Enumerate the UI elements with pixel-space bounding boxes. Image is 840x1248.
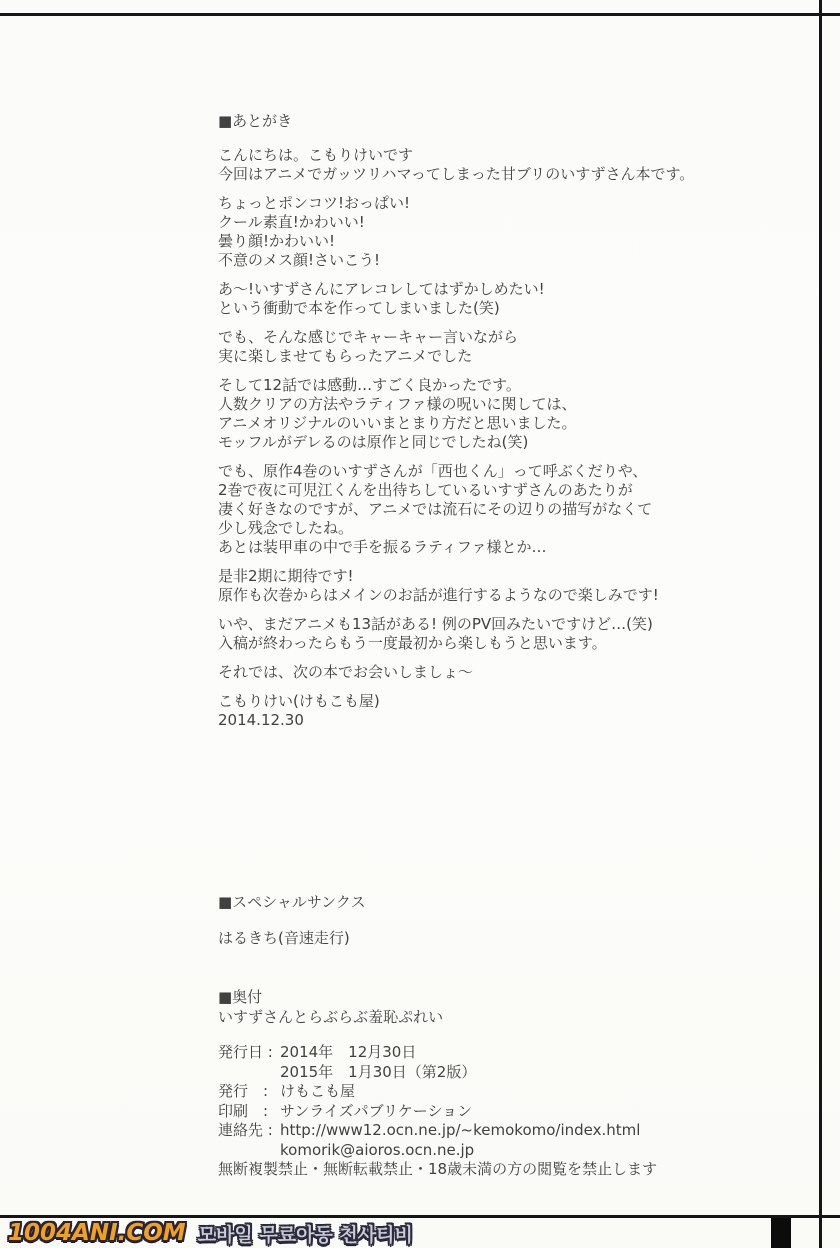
afterword-paragraph-farewell: それでは、次の本でお会いしましょ〜 <box>218 663 808 682</box>
afterword-section: ■あとがき こんにちは。こもりけいです 今回はアニメでガッツリハマってしまった甘… <box>218 112 808 740</box>
copyright-notice: 無断複製禁止・無断転載禁止・18歳未満の方の閲覧を禁止します <box>218 1160 808 1180</box>
afterword-heading: ■あとがき <box>218 112 808 131</box>
special-thanks-heading: ■スペシャルサンクス <box>218 893 808 912</box>
special-thanks-section: ■スペシャルサンクス はるきち(音速走行) <box>218 893 808 948</box>
colophon-section: ■奥付 いすずさんとらぶらぶ羞恥ぷれい 発行日 : 2014年 12月30日 2… <box>218 988 808 1195</box>
book-title: いすずさんとらぶらぶ羞恥ぷれい <box>218 1008 808 1028</box>
special-thanks-name: はるきち(音速走行) <box>218 929 808 948</box>
page-number-box <box>771 1218 791 1248</box>
afterword-paragraph-impulse: あ〜!いすずさんにアレコレしてはずかしめたい! という衝動で本を作ってしまいまし… <box>218 280 808 318</box>
scan-frame-top-line <box>0 13 840 16</box>
colophon-label <box>218 1141 280 1161</box>
colophon-label <box>218 1063 280 1083</box>
colophon-value: 2015年 1月30日（第2版） <box>280 1063 808 1083</box>
colophon-row-printer: 印刷 : サンライズパブリケーション <box>218 1102 808 1122</box>
watermark-site-logo: 1004ANI.COM <box>8 1220 186 1246</box>
afterword-paragraph-greeting: こんにちは。こもりけいです 今回はアニメでガッツリハマってしまった甘ブリのいすず… <box>218 146 808 184</box>
author-signature: こもりけい(けもこも屋) 2014.12.30 <box>218 692 808 730</box>
afterword-paragraph-exclamations: ちょっとポンコツ!おっぱい! クール素直!かわいい! 曇り顔!かわいい! 不意の… <box>218 194 808 270</box>
colophon-value: サンライズパブリケーション <box>280 1102 808 1122</box>
colophon-value: 2014年 12月30日 <box>280 1043 808 1063</box>
afterword-paragraph-enjoyed-anime: でも、そんな感じでキャーキャー言いながら 実に楽しませてもらったアニメでした <box>218 328 808 366</box>
scan-frame-right-line <box>819 0 822 1248</box>
colophon-row-second-edition-date: 2015年 1月30日（第2版） <box>218 1063 808 1083</box>
afterword-paragraph-season2-hope: 是非2期に期待です! 原作も次巻からはメインのお話が進行するようなので楽しみです… <box>218 567 808 605</box>
colophon-label: 連絡先 : <box>218 1121 280 1141</box>
colophon-heading: ■奥付 <box>218 988 808 1008</box>
colophon-label: 印刷 : <box>218 1102 280 1122</box>
watermark-tagline: 모바일 무료아동 천사티비 <box>198 1220 413 1247</box>
contact-url: http://www12.ocn.ne.jp/~kemokomo/index.h… <box>280 1121 808 1141</box>
contact-email: komorik@aioros.ocn.ne.jp <box>280 1141 808 1161</box>
colophon-row-publish-date: 発行日 : 2014年 12月30日 <box>218 1043 808 1063</box>
colophon-rows: 発行日 : 2014年 12月30日 2015年 1月30日（第2版） 発行 :… <box>218 1043 808 1160</box>
watermark-bar: 1004ANI.COM 모바일 무료아동 천사티비 <box>0 1218 819 1248</box>
scan-frame-bottom-line <box>0 1215 840 1218</box>
colophon-label: 発行日 : <box>218 1043 280 1063</box>
colophon-row-contact-url: 連絡先 : http://www12.ocn.ne.jp/~kemokomo/i… <box>218 1121 808 1141</box>
colophon-label: 発行 : <box>218 1082 280 1102</box>
colophon-row-publisher: 発行 : けもこも屋 <box>218 1082 808 1102</box>
afterword-paragraph-episode13: いや、まだアニメも13話がある! 例のPV回みたいですけど…(笑) 入稿が終わっ… <box>218 615 808 653</box>
afterword-paragraph-original-novel: でも、原作4巻のいすずさんが「西也くん」って呼ぶくだりや、 2巻で夜に可児江くん… <box>218 462 808 557</box>
colophon-value: けもこも屋 <box>280 1082 808 1102</box>
afterword-paragraph-episode12: そして12話では感動…すごく良かったです。 人数クリアの方法やラティファ様の呪い… <box>218 376 808 452</box>
colophon-row-contact-email: komorik@aioros.ocn.ne.jp <box>218 1141 808 1161</box>
